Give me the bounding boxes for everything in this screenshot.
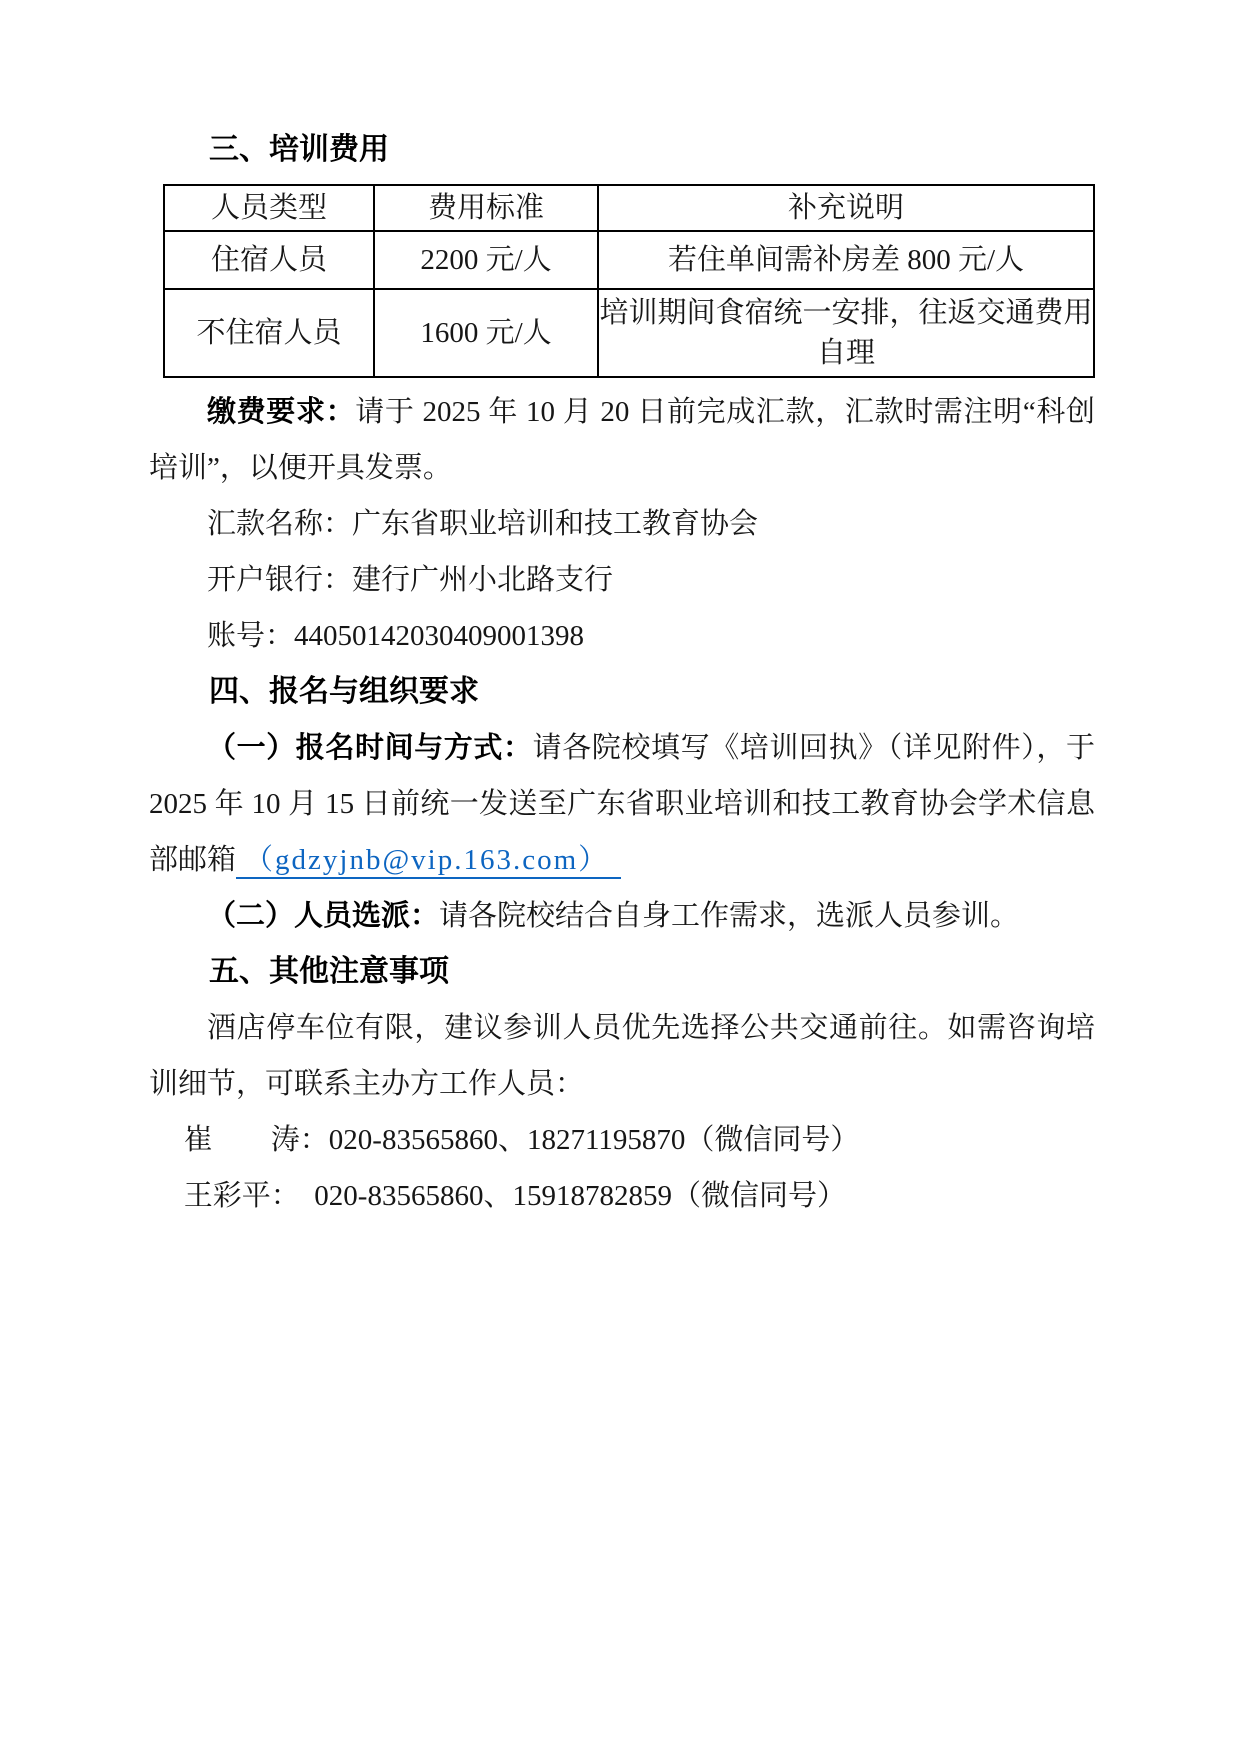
personnel-selection-text: 请各院校结合自身工作需求，选派人员参训。 [439,900,1019,932]
payment-requirements-paragraph: 缴费要求：请于 2025 年 10 月 20 日前完成汇款，汇款时需注明“科创培… [149,384,1095,496]
bank-line: 开户银行：建行广州小北路支行 [149,552,1095,608]
section-heading-registration: 四、报名与组织要求 [149,664,1095,720]
table-row: 不住宿人员 1600 元/人 培训期间食宿统一安排，往返交通费用自理 [164,289,1094,377]
registration-time-label: （一）报名时间与方式： [207,732,533,764]
fees-header-type: 人员类型 [164,185,374,231]
fees-row2-note: 培训期间食宿统一安排，往返交通费用自理 [598,289,1094,377]
fees-row1-fee: 2200 元/人 [374,231,598,289]
fees-row2-fee: 1600 元/人 [374,289,598,377]
fees-table: 人员类型 费用标准 补充说明 住宿人员 2200 元/人 若住单间需补房差 80… [163,184,1095,378]
payment-requirements-label: 缴费要求： [207,396,355,428]
remit-name-line: 汇款名称：广东省职业培训和技工教育协会 [149,496,1095,552]
document-body: 三、培训费用 人员类型 费用标准 补充说明 住宿人员 2200 元/人 若住单间… [149,122,1095,1224]
contact-line-cui-tao: 崔 涛：020-83565860、18271195870（微信同号） [149,1112,1095,1168]
fees-table-header-row: 人员类型 费用标准 补充说明 [164,185,1094,231]
email-link[interactable]: （gdzyjnb@vip.163.com） [236,844,621,879]
document-page: 三、培训费用 人员类型 费用标准 补充说明 住宿人员 2200 元/人 若住单间… [0,0,1241,1754]
notes-intro-paragraph: 酒店停车位有限，建议参训人员优先选择公共交通前往。如需咨询培训细节，可联系主办方… [149,1000,1095,1112]
fees-row1-note: 若住单间需补房差 800 元/人 [598,231,1094,289]
fees-row2-type: 不住宿人员 [164,289,374,377]
fees-header-note: 补充说明 [598,185,1094,231]
fees-header-standard: 费用标准 [374,185,598,231]
fees-row1-type: 住宿人员 [164,231,374,289]
personnel-selection-paragraph: （二）人员选派：请各院校结合自身工作需求，选派人员参训。 [149,888,1095,944]
contact-line-wang-caiping: 王彩平： 020-83565860、15918782859（微信同号） [149,1168,1095,1224]
section-heading-notes: 五、其他注意事项 [149,944,1095,1000]
registration-time-paragraph: （一）报名时间与方式：请各院校填写《培训回执》（详见附件），于 2025 年 1… [149,720,1095,888]
personnel-selection-label: （二）人员选派： [207,900,439,932]
section-heading-fees: 三、培训费用 [149,122,1095,178]
account-number-line: 账号：44050142030409001398 [149,608,1095,664]
table-row: 住宿人员 2200 元/人 若住单间需补房差 800 元/人 [164,231,1094,289]
